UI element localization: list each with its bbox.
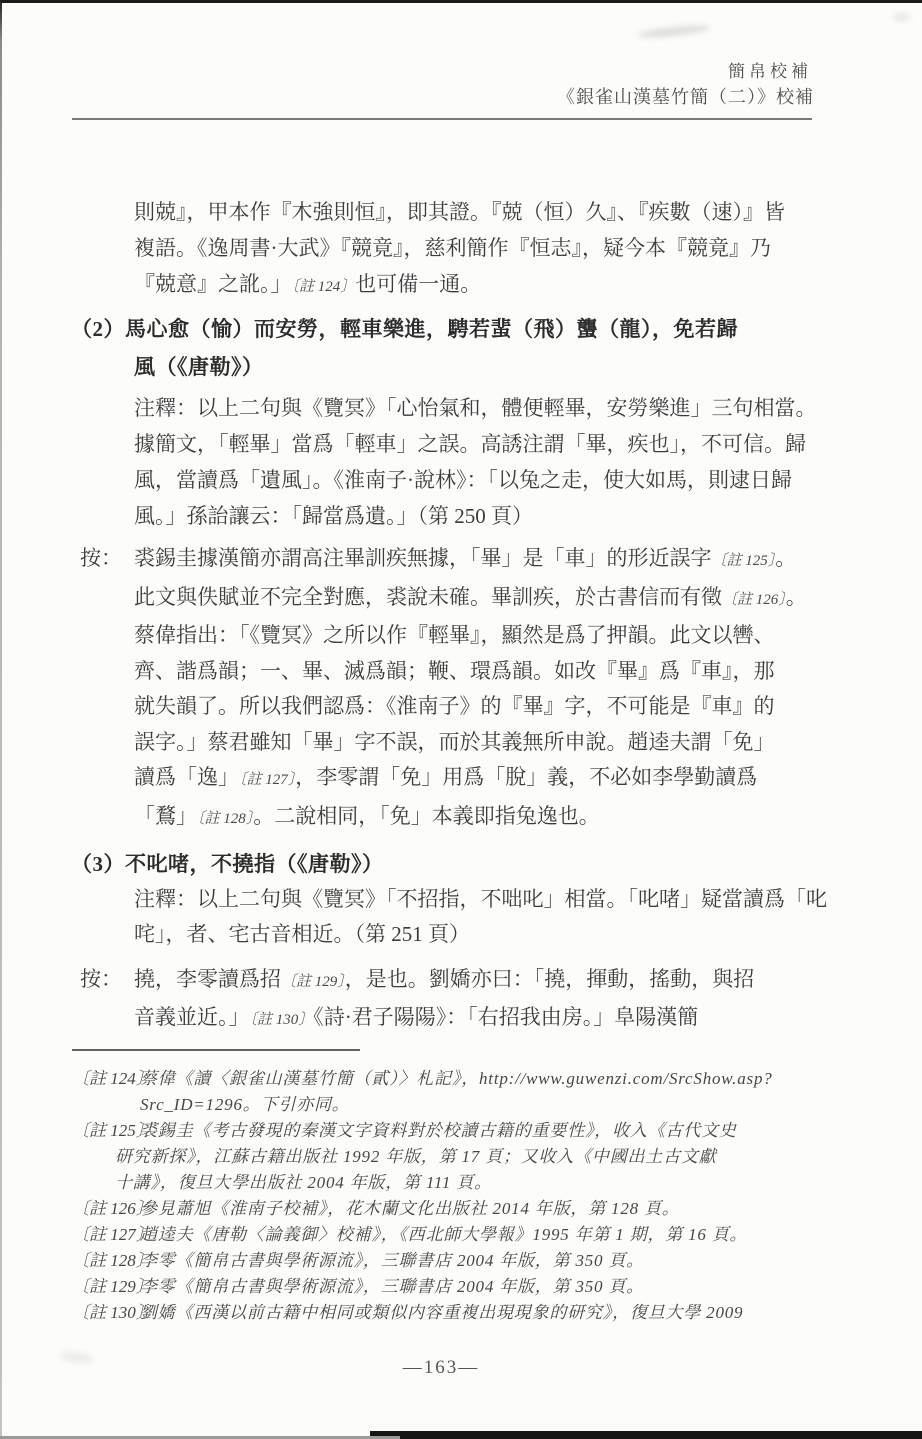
- running-head-book-title: 簡帛校補: [728, 61, 812, 83]
- text-line: 此文與佚賦並不完全對應，裘說未確。畢訓疾，於古書信而有徵〔註 126〕。: [134, 580, 807, 619]
- footnote-row: 〔註 125〕裘錫圭《考古發現的秦漢文字資料對於校讀古籍的重要性》，收入《古代文…: [72, 1118, 773, 1144]
- paragraph-continuation: 則兢』，甲本作『木強則恒』，即其證。『兢（恒）久』、『疾數（速）』皆 複語。《逸…: [134, 194, 785, 305]
- footnote-row: 〔註 126〕參見蕭旭《淮南子校補》，花木蘭文化出版社 2014 年版，第 12…: [72, 1196, 773, 1222]
- footnote-label: 〔註 124〕: [72, 1066, 140, 1092]
- footnote-row: 〔註 129〕李零《簡帛古書與學術源流》，三聯書店 2004 年版，第 350 …: [72, 1274, 773, 1300]
- entry-3-annotation: 注釋：以上二句與《覽冥》「不招指，不咄叱」相當。「叱啫」疑當讀爲「叱 咤」，者、…: [134, 882, 827, 952]
- scan-smudge: [638, 23, 711, 39]
- running-head-chapter-title: 《銀雀山漢墓竹簡（二）》校補: [557, 85, 814, 109]
- footnote-row: 研究新探》，江蘇古籍出版社 1992 年版，第 17 頁；又收入《中國出土古文獻: [115, 1144, 773, 1170]
- scan-edge-top: [0, 0, 922, 3]
- footnote-text: 李零《簡帛古書與學術源流》，三聯書店 2004 年版，第 350 頁。: [140, 1251, 644, 1270]
- footnote-text: 蔡偉《讀〈銀雀山漢墓竹簡（貳）〉札記》，http://www.guwenzi.c…: [140, 1069, 773, 1088]
- text-line: 注釋：以上二句與《覽冥》「不招指，不咄叱」相當。「叱啫」疑當讀爲「叱: [134, 882, 827, 917]
- entry-3-commentary: 按：撓，李零讀爲招〔註 129〕，是也。劉嬌亦曰：「撓，揮動，搖動，與招 音義並…: [80, 962, 754, 1038]
- footnote-label: 〔註 129〕: [72, 1274, 140, 1300]
- entry-2-heading: （2）馬心愈（愉）而安勞，輕車樂進，騁若蜚（飛）蠪（龍），免若歸 風（《唐勒》）: [71, 310, 738, 386]
- entry-3-heading: （3）不叱啫，不撓指（《唐勒》）: [71, 846, 384, 882]
- entry-2-annotation: 注釋：以上二句與《覽冥》「心怡氣和，體便輕畢，安勞樂進」三句相當。 據簡文，「輕…: [134, 390, 817, 534]
- text-line: 複語。《逸周書·大武》『競竟』，慈利簡作『恒志』，疑今本『競竟』乃: [134, 230, 785, 266]
- footnote-text: 趙逵夫《唐勒〈論義御〉校補》，《西北師大學報》1995 年第 1 期，第 16 …: [140, 1225, 747, 1244]
- commentary-text: 撓，李零讀爲招〔註 129〕，是也。劉嬌亦曰：「撓，揮動，搖動，與招: [134, 967, 754, 991]
- heading-line: 風（《唐勒》）: [134, 348, 738, 386]
- page-number: —163—: [0, 1357, 882, 1379]
- text-line: 齊、諧爲韻；一、畢、滅爲韻；鞭、環爲韻。如改『畢』爲『車』，那: [134, 654, 807, 690]
- footnote-separator-rule: [72, 1049, 360, 1051]
- scan-smudge: [893, 13, 911, 21]
- text-line: 按：裘錫圭據漢簡亦謂高注畢訓疾無據，「畢」是「車」的形近誤字〔註 125〕。: [80, 541, 807, 580]
- text-line: 「鶩」〔註 128〕。二說相同，「免」本義即指兔逸也。: [134, 799, 807, 838]
- text-line: 風。」孫詒讓云：「歸當爲遺。」（第 250 頁）: [134, 498, 817, 534]
- commentary-label: 按：: [80, 962, 134, 997]
- footnote-label: 〔註 128〕: [72, 1248, 140, 1274]
- commentary-label: 按：: [80, 541, 134, 577]
- scanned-book-page: 簡帛校補 《銀雀山漢墓竹簡（二）》校補 則兢』，甲本作『木強則恒』，即其證。『兢…: [0, 0, 922, 1439]
- text-line: 蔡偉指出：「《覽冥》之所以作『輕畢』，顯然是爲了押韻。此文以轡、: [134, 618, 807, 654]
- footnote-row: 〔註 130〕劉嬌《西漢以前古籍中相同或類似内容重複出現現象的研究》，復旦大學 …: [72, 1300, 773, 1326]
- heading-line: （2）馬心愈（愉）而安勞，輕車樂進，騁若蜚（飛）蠪（龍），免若歸: [71, 310, 738, 348]
- footnote-row: 〔註 128〕李零《簡帛古書與學術源流》，三聯書店 2004 年版，第 350 …: [72, 1248, 773, 1274]
- footnote-text: 參見蕭旭《淮南子校補》，花木蘭文化出版社 2014 年版，第 128 頁。: [140, 1199, 680, 1218]
- footnote-label: 〔註 125〕: [72, 1118, 140, 1144]
- text-line: 咤」，者、宅古音相近。（第 251 頁）: [134, 917, 827, 952]
- scan-edge-left: [0, 0, 2, 1439]
- footnote-row: 〔註 127〕趙逵夫《唐勒〈論義御〉校補》，《西北師大學報》1995 年第 1 …: [72, 1222, 773, 1248]
- scan-edge-bottom: [370, 1431, 922, 1439]
- text-line: 音義並近。」〔註 130〕《詩·君子陽陽》：「右招我由房。」阜陽漢簡: [134, 1000, 754, 1038]
- header-rule: [72, 118, 812, 120]
- footnote-row: 〔註 124〕蔡偉《讀〈銀雀山漢墓竹簡（貳）〉札記》，http://www.gu…: [72, 1066, 773, 1092]
- text-line: 注釋：以上二句與《覽冥》「心怡氣和，體便輕畢，安勞樂進」三句相當。: [134, 390, 817, 426]
- heading-line: （3）不叱啫，不撓指（《唐勒》）: [71, 846, 384, 882]
- footnote-row: Src_ID=1296。下引亦同。: [140, 1092, 773, 1118]
- footnote-text: 裘錫圭《考古發現的秦漢文字資料對於校讀古籍的重要性》，收入《古代文史: [140, 1121, 737, 1140]
- text-line: 就失韻了。所以我們認爲：《淮南子》的『畢』字，不可能是『車』的: [134, 689, 807, 725]
- text-line: 據簡文，「輕畢」當爲「輕車」之誤。高誘注謂「畢，疾也」，不可信。歸: [134, 426, 817, 462]
- footnote-label: 〔註 130〕: [72, 1300, 140, 1326]
- text-line: 按：撓，李零讀爲招〔註 129〕，是也。劉嬌亦曰：「撓，揮動，搖動，與招: [80, 962, 754, 1000]
- entry-2-commentary: 按：裘錫圭據漢簡亦謂高注畢訓疾無據，「畢」是「車」的形近誤字〔註 125〕。 此…: [80, 541, 807, 837]
- text-line: 『兢意』之訛。」〔註 124〕也可備一通。: [134, 266, 785, 305]
- commentary-text: 裘錫圭據漢簡亦謂高注畢訓疾無據，「畢」是「車」的形近誤字〔註 125〕。: [134, 546, 796, 570]
- text-line: 則兢』，甲本作『木強則恒』，即其證。『兢（恒）久』、『疾數（速）』皆: [134, 194, 785, 230]
- text-line: 風，當讀爲「遺風」。《淮南子·說林》：「以兔之走，使大如馬，則逮日歸: [134, 462, 817, 498]
- footnote-text: 劉嬌《西漢以前古籍中相同或類似内容重複出現現象的研究》，復旦大學 2009: [140, 1303, 743, 1322]
- footnote-label: 〔註 127〕: [72, 1222, 140, 1248]
- footnotes: 〔註 124〕蔡偉《讀〈銀雀山漢墓竹簡（貳）〉札記》，http://www.gu…: [72, 1066, 773, 1326]
- footnote-label: 〔註 126〕: [72, 1196, 140, 1222]
- text-line: 誤字。」蔡君雖知「畢」字不誤，而於其義無所申說。趙逵夫謂「免」: [134, 725, 807, 761]
- footnote-text: 李零《簡帛古書與學術源流》，三聯書店 2004 年版，第 350 頁。: [140, 1277, 644, 1296]
- footnote-row: 十講》，復旦大學出版社 2004 年版，第 111 頁。: [115, 1170, 773, 1196]
- text-line: 讀爲「逸」〔註 127〕，李零謂「免」用爲「脫」義，不必如李學勤讀爲: [134, 760, 807, 799]
